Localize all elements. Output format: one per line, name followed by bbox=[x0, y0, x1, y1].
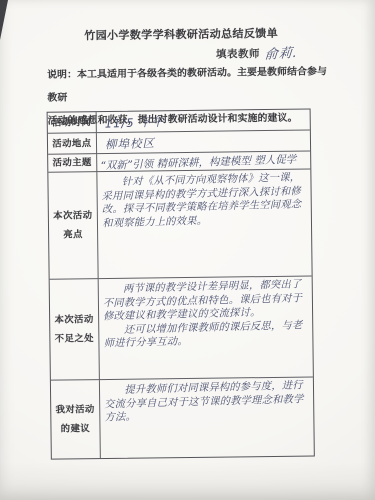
activity-place-value: 柳埠校区 bbox=[105, 135, 156, 153]
shortcomings-text: 两节课的教学设计差异明显，都突出了不同教学方式的优点和特色。课后也有对于修改建议… bbox=[102, 278, 311, 351]
shortcomings-value-cell: 两节课的教学设计差异明显，都突出了不同教学方式的优点和特色。课后也有对于修改建议… bbox=[99, 276, 313, 380]
activity-theme-label: 活动主题 bbox=[48, 154, 97, 173]
suggestions-text: 提升教师们对同课异构的参与度，进行交流分享自己对于这节课的教学理念和教学方法。 bbox=[104, 379, 312, 425]
suggestions-label: 我对活动 的建议 bbox=[51, 380, 101, 459]
suggestions-value-cell: 提升教师们对同课异构的参与度，进行交流分享自己对于这节课的教学理念和教学方法。 bbox=[100, 377, 314, 458]
activity-place-label: 活动地点 bbox=[48, 133, 97, 155]
instructions-line-1: 说明：本工具适用于各级各类的教研活动。主要是教师结合参与教研 bbox=[47, 60, 336, 110]
activity-time-label: 活动时间 bbox=[48, 112, 97, 134]
form-title: 竹园小学数学学科教研活动总结反馈单 bbox=[0, 24, 365, 44]
form-content: 竹园小学数学学科教研活动总结反馈单 填表教师 俞莉. 说明：本工具适用于各级各类… bbox=[0, 0, 375, 500]
highlights-text: 针对《从不同方向观察物体》这一课，采用同课异构的教学方式进行深入探讨和修改。探寻… bbox=[101, 171, 309, 230]
activity-time-value: 11/5 下午 bbox=[104, 114, 164, 132]
highlights-value-cell: 针对《从不同方向观察物体》这一课，采用同课异构的教学方式进行深入探讨和修改。探寻… bbox=[97, 169, 311, 279]
activity-place-value-cell: 柳埠校区 bbox=[97, 130, 310, 154]
highlights-label: 本次活动 亮点 bbox=[48, 172, 98, 280]
filled-by-label: 填表教师 bbox=[216, 46, 260, 62]
activity-time-value-cell: 11/5 下午 bbox=[97, 109, 310, 133]
scan-bottom-shadow bbox=[0, 462, 375, 500]
scanned-paper-sheet: 竹园小学数学学科教研活动总结反馈单 填表教师 俞莉. 说明：本工具适用于各级各类… bbox=[0, 0, 375, 500]
shortcomings-label: 本次活动 不足之处 bbox=[50, 279, 100, 381]
feedback-form-table: 活动时间 11/5 下午 活动地点 柳埠校区 活动主题 “双新”引领 精研深耕，… bbox=[47, 108, 315, 459]
